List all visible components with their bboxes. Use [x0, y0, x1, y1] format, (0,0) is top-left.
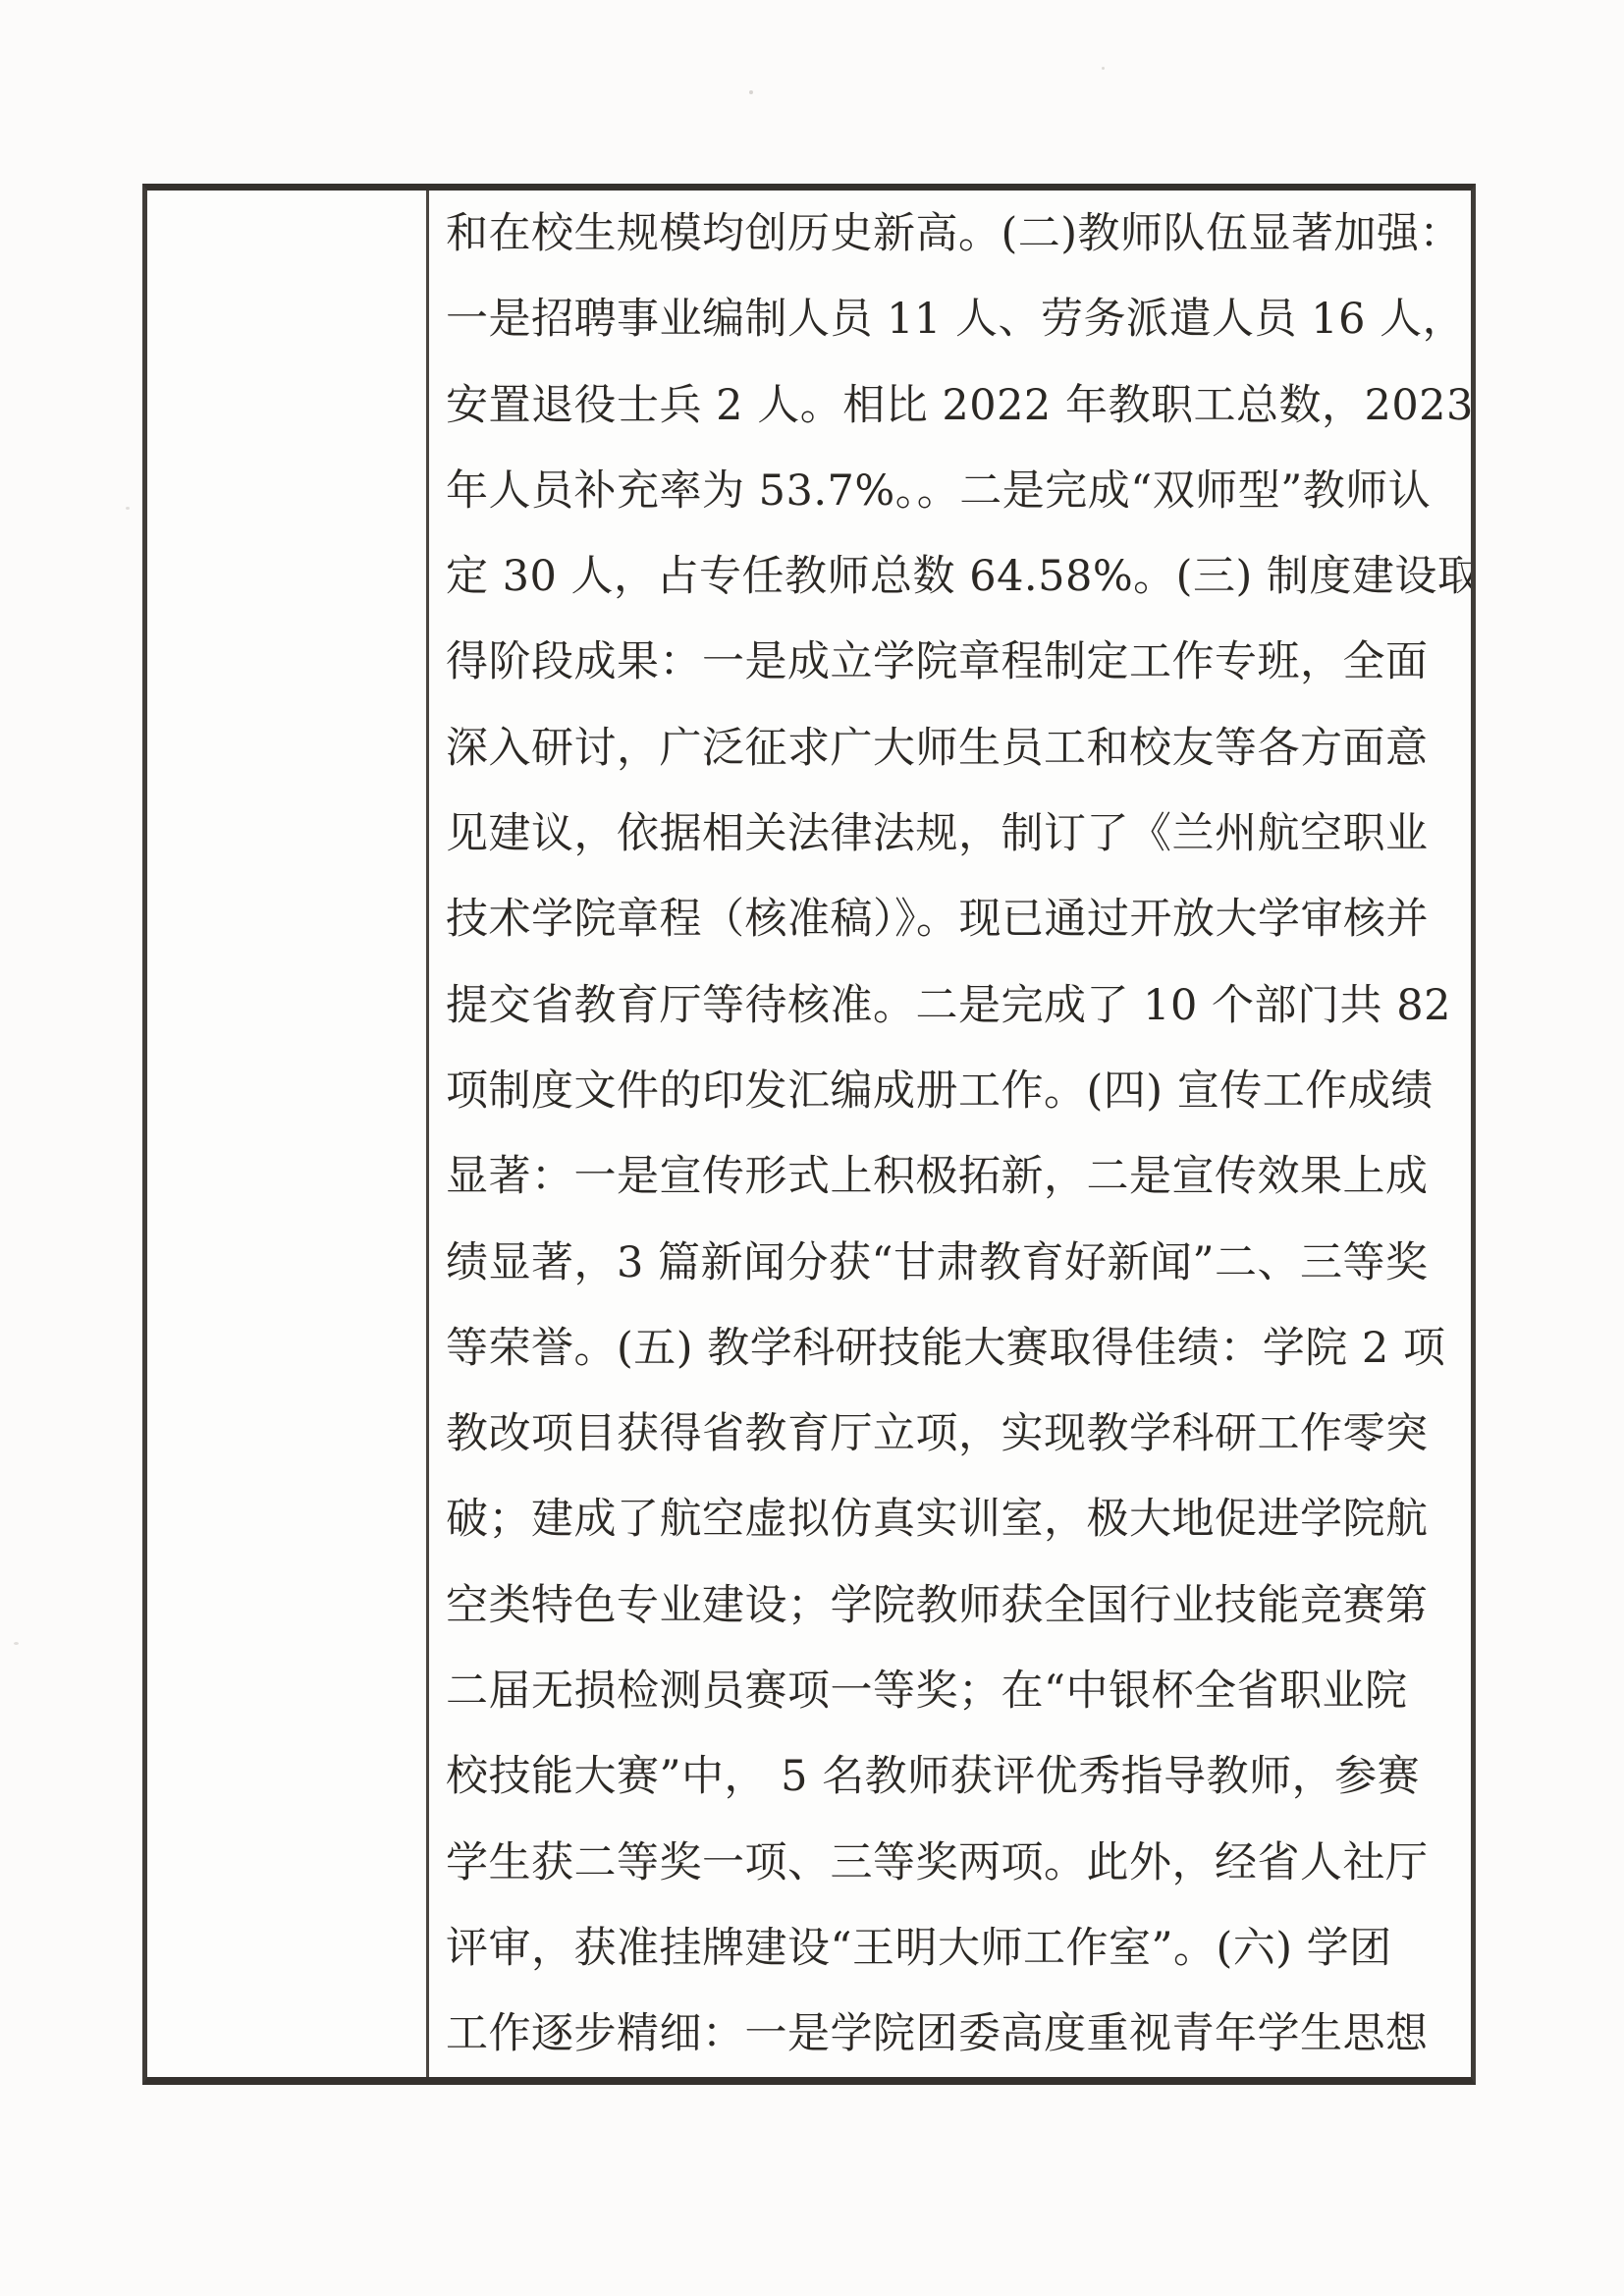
report-table: 和在校生规模均创历史新高。(二)教师队伍显著加强：一是招聘事业编制人员 11 人…	[142, 184, 1476, 2085]
body-text-line: 显著：一是宣传形式上积极拓新，二是宣传效果上成	[446, 1134, 1457, 1220]
body-text-line: 二届无损检测员赛项一等奖；在“中银杯全省职业院	[446, 1649, 1457, 1734]
table-label-cell-empty	[147, 191, 429, 2077]
body-text-line: 得阶段成果：一是成立学院章程制定工作专班，全面	[446, 620, 1457, 705]
body-text-line: 和在校生规模均创历史新高。(二)教师队伍显著加强：	[446, 191, 1457, 277]
body-text-line: 一是招聘事业编制人员 11 人、劳务派遣人员 16 人，	[446, 277, 1457, 362]
body-text-line: 提交省教育厅等待核准。二是完成了 10 个部门共 82	[446, 963, 1457, 1049]
body-text-line: 技术学院章程（核准稿）》。现已通过开放大学审核并	[446, 877, 1457, 962]
body-text-line: 定 30 人，占专任教师总数 64.58%。(三) 制度建设取	[446, 534, 1457, 620]
body-text-line: 校技能大赛”中， 5 名教师获评优秀指导教师，参赛	[446, 1734, 1457, 1820]
scan-speck	[749, 90, 753, 94]
body-text-line: 项制度文件的印发汇编成册工作。(四) 宣传工作成绩	[446, 1049, 1457, 1134]
body-text-line: 工作逐步精细：一是学院团委高度重视青年学生思想	[446, 1992, 1457, 2077]
scan-speck	[126, 507, 130, 510]
table-body-cell: 和在校生规模均创历史新高。(二)教师队伍显著加强：一是招聘事业编制人员 11 人…	[429, 191, 1471, 2077]
body-text-line: 破；建成了航空虚拟仿真实训室，极大地促进学院航	[446, 1477, 1457, 1562]
body-text-line: 年人员补充率为 53.7%。。二是完成“双师型”教师认	[446, 449, 1457, 534]
scan-speck	[1102, 67, 1105, 70]
scanned-document-page: { "page": { "background_color": "#fcfbfa…	[0, 0, 1624, 2296]
body-text-line: 绩显著，3 篇新闻分获“甘肃教育好新闻”二、三等奖	[446, 1221, 1457, 1306]
body-text-line: 等荣誉。(五) 教学科研技能大赛取得佳绩：学院 2 项	[446, 1306, 1457, 1392]
body-text-line: 安置退役士兵 2 人。相比 2022 年教职工总数，2023	[446, 363, 1457, 449]
body-text-line: 评审，获准挂牌建设“王明大师工作室”。(六) 学团	[446, 1906, 1457, 1992]
body-text-line: 深入研讨，广泛征求广大师生员工和校友等各方面意	[446, 706, 1457, 792]
body-text-line: 教改项目获得省教育厅立项，实现教学科研工作零突	[446, 1392, 1457, 1477]
body-text-line: 见建议，依据相关法律法规，制订了《兰州航空职业	[446, 792, 1457, 877]
scan-speck	[14, 1642, 19, 1645]
body-text-line: 学生获二等奖一项、三等奖两项。此外，经省人社厅	[446, 1821, 1457, 1906]
body-text-line: 空类特色专业建设；学院教师获全国行业技能竞赛第	[446, 1563, 1457, 1649]
